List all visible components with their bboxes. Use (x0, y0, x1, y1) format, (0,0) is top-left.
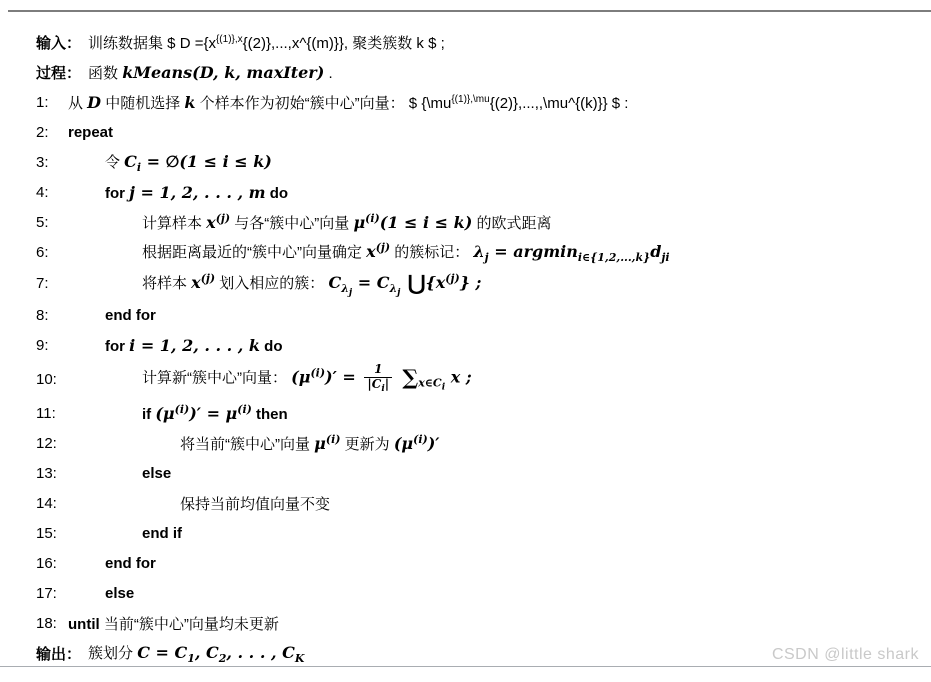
line-number: 14: (36, 495, 68, 512)
math-run: j = 1, 2, . . . , m (129, 183, 265, 202)
algo-line: 11:if (μ(i))′ = μ(i) then (36, 398, 925, 428)
math-run: (μ (394, 434, 413, 453)
keyword-run: until (68, 616, 104, 633)
math-big-operator: ∑ (395, 365, 418, 390)
math-big-operator: ⋃ (400, 270, 425, 295)
line-number: 15: (36, 525, 68, 542)
math-run: C (124, 152, 137, 171)
math-run: kMeans(D, k, maxIter) (122, 63, 324, 82)
keyword-run: end for (105, 307, 156, 324)
keyword-run: end for (105, 555, 156, 572)
text-run: 中随机选择 (101, 95, 184, 112)
line-content: end for (68, 555, 156, 572)
line-content: 计算新“簇中心”向量： (μ(i))′ = 1|Ci| ∑x∈Ci x ; (68, 363, 472, 394)
algo-line: 5:计算样本 x(j) 与各“簇中心”向量 μ(i)(1 ≤ i ≤ k) 的欧… (36, 207, 925, 237)
text-run: . (324, 65, 332, 82)
line-number: 4: (36, 184, 68, 201)
line-content: 令 Ci = ∅(1 ≤ i ≤ k) (68, 151, 272, 174)
keyword-run: repeat (68, 124, 113, 141)
line-label: 过程： (36, 62, 81, 83)
text-run: 更新为 (340, 436, 393, 453)
math-run: = argmin (489, 242, 578, 261)
algorithm-pseudocode: 输入：训练数据集 $ D ={x{(1)},x{(2)},...,x^{(m)}… (36, 27, 925, 668)
math-run: x (206, 213, 216, 232)
math-superscript: (j) (201, 272, 215, 285)
algo-line: 15:end if (36, 518, 925, 548)
math-run: x ; (445, 368, 472, 387)
line-content: 训练数据集 $ D ={x{(1)},x{(2)},...,x^{(m)}}, … (88, 32, 445, 53)
text-run: 将当前“簇中心”向量 (180, 436, 314, 453)
text-run: 划入相应的簇： (215, 275, 328, 292)
math-run: , C (195, 643, 219, 662)
line-content: 将样本 x(j) 划入相应的簇： Cλj = Cλj ⋃{x(j)} ; (68, 270, 481, 298)
math-subscript: λ (389, 282, 397, 295)
line-number: 1: (36, 94, 68, 111)
math-run: λ (473, 242, 484, 261)
top-divider (8, 10, 931, 12)
line-content: 将当前“簇中心”向量 μ(i) 更新为 (μ(i))′ (68, 433, 440, 454)
line-content: 簇划分 C = C1, C2, . . . , CK (88, 642, 304, 665)
text-run: 的欧式距离 (472, 215, 551, 232)
line-number: 11: (36, 405, 68, 422)
algo-line: 4:for j = 1, 2, . . . , m do (36, 177, 925, 207)
keyword-run: for (105, 338, 129, 355)
line-number: 13: (36, 465, 68, 482)
line-number: 5: (36, 214, 68, 231)
math-run: , . . . , C (226, 643, 294, 662)
fraction-numerator: 1 (371, 363, 385, 377)
algo-line: 17:else (36, 578, 925, 608)
math-subscript: ji (661, 251, 669, 264)
bottom-divider (0, 666, 931, 667)
algo-line: 9:for i = 1, 2, . . . , k do (36, 330, 925, 360)
math-run: C (328, 273, 341, 292)
den-text: | (385, 377, 389, 391)
keyword-run: if (142, 406, 155, 423)
line-number: 3: (36, 154, 68, 171)
text-run: 训练数据集 $ D ={x (88, 35, 216, 52)
fraction-denominator: |Ci| (364, 377, 392, 394)
text-run: 从 (68, 95, 87, 112)
algo-line: 8:end for (36, 300, 925, 330)
text-run: 与各“簇中心”向量 (230, 215, 353, 232)
math-superscript: (i) (365, 212, 380, 225)
line-content: 根据距离最近的“簇中心”向量确定 x(j) 的簇标记： λj = argmini… (68, 241, 670, 264)
math-run: (μ (291, 368, 310, 387)
text-run: {(2)},...,,\mu^{(k)}} $ : (490, 95, 629, 112)
keyword-run: else (142, 465, 171, 482)
keyword-run: end if (142, 525, 182, 542)
line-content: 从 D 中随机选择 k 个样本作为初始“簇中心”向量： $ {\mu{(1)},… (68, 92, 628, 113)
den-text: |C (367, 377, 381, 391)
line-number: 10: (36, 371, 68, 388)
text-superscript: {(1)},\mu (451, 94, 489, 105)
math-run: (μ (155, 404, 174, 423)
line-label: 输出： (36, 643, 81, 664)
math-run: μ (314, 434, 326, 453)
math-run: {x (425, 273, 445, 292)
line-number: 2: (36, 124, 68, 141)
line-content: else (68, 585, 134, 602)
text-superscript: {(1)},x (216, 34, 243, 45)
algo-line: 3:令 Ci = ∅(1 ≤ i ≤ k) (36, 147, 925, 177)
math-superscript: (j) (376, 241, 390, 254)
math-run: )′ = (325, 368, 361, 387)
keyword-run: for (105, 185, 129, 202)
text-run: 当前“簇中心”向量均未更新 (104, 616, 279, 633)
math-superscript: (i) (413, 433, 428, 446)
text-run: 根据距离最近的“簇中心”向量确定 (142, 244, 366, 261)
text-run: 计算新“簇中心”向量： (142, 370, 291, 387)
line-content: 保持当前均值向量不变 (68, 493, 330, 514)
math-superscript: (j) (216, 212, 230, 225)
math-superscript: (i) (237, 403, 252, 416)
text-run: 函数 (88, 65, 122, 82)
line-content: 计算样本 x(j) 与各“簇中心”向量 μ(i)(1 ≤ i ≤ k) 的欧式距… (68, 212, 551, 233)
line-content: else (68, 465, 171, 482)
keyword-run: else (105, 585, 134, 602)
math-run: μ (353, 213, 365, 232)
line-content: 函数 kMeans(D, k, maxIter) . (88, 62, 333, 83)
math-run: = ∅(1 ≤ i ≤ k) (141, 152, 272, 171)
math-run: (1 ≤ i ≤ k) (380, 213, 473, 232)
keyword-run: do (260, 338, 283, 355)
line-content: if (μ(i))′ = μ(i) then (68, 403, 288, 423)
math-run: } ; (460, 273, 482, 292)
math-subscript: i∈{1,2,...,k} (578, 251, 650, 264)
algo-line: 14:保持当前均值向量不变 (36, 488, 925, 518)
algo-line: 1:从 D 中随机选择 k 个样本作为初始“簇中心”向量： $ {\mu{(1)… (36, 87, 925, 117)
math-run: x (366, 242, 376, 261)
text-run: 保持当前均值向量不变 (180, 496, 330, 513)
line-number: 18: (36, 615, 68, 632)
algo-line: 18:until 当前“簇中心”向量均未更新 (36, 608, 925, 638)
math-run: )′ = μ (189, 404, 237, 423)
text-run: 令 (105, 154, 124, 171)
math-subscript: λ (341, 282, 349, 295)
text-run: {(2)},...,x^{(m)}}, 聚类簇数 k $ ; (243, 35, 445, 52)
math-subscript: x∈C (418, 377, 441, 390)
watermark: CSDN @little shark (772, 646, 919, 664)
math-superscript: (j) (445, 272, 459, 285)
line-number: 9: (36, 337, 68, 354)
line-content: end if (68, 525, 182, 542)
document-page: 输入：训练数据集 $ D ={x{(1)},x{(2)},...,x^{(m)}… (0, 0, 931, 682)
line-number: 17: (36, 585, 68, 602)
math-run: )′ (428, 434, 440, 453)
math-superscript: (i) (326, 433, 341, 446)
math-run: i = 1, 2, . . . , k (129, 336, 260, 355)
line-label: 输入： (36, 32, 81, 53)
math-subscript: K (295, 652, 305, 665)
line-number: 12: (36, 435, 68, 452)
line-number: 7: (36, 275, 68, 292)
text-run: 的簇标记： (390, 244, 473, 261)
math-run: d (650, 242, 661, 261)
keyword-run: then (252, 406, 288, 423)
algo-line: 10:计算新“簇中心”向量： (μ(i))′ = 1|Ci| ∑x∈Ci x ; (36, 360, 925, 398)
algo-line: 12:将当前“簇中心”向量 μ(i) 更新为 (μ(i))′ (36, 428, 925, 458)
algo-line: 过程：函数 kMeans(D, k, maxIter) . (36, 57, 925, 87)
algo-line: 16:end for (36, 548, 925, 578)
line-content: end for (68, 307, 156, 324)
text-run: 簇划分 (88, 645, 137, 662)
algo-line: 7:将样本 x(j) 划入相应的簇： Cλj = Cλj ⋃{x(j)} ; (36, 267, 925, 300)
algo-line: 2:repeat (36, 117, 925, 147)
algo-line: 输入：训练数据集 $ D ={x{(1)},x{(2)},...,x^{(m)}… (36, 27, 925, 57)
line-number: 6: (36, 244, 68, 261)
line-number: 16: (36, 555, 68, 572)
math-run: C = C (137, 643, 187, 662)
math-subscript: 1 (187, 652, 195, 665)
math-superscript: (i) (310, 367, 325, 380)
algo-line: 13:else (36, 458, 925, 488)
math-run: = C (352, 273, 389, 292)
text-run: 计算样本 (142, 215, 206, 232)
text-run: 个样本作为初始“簇中心”向量： $ {\mu (195, 95, 451, 112)
line-content: for j = 1, 2, . . . , m do (68, 183, 288, 202)
math-run: D (87, 93, 101, 112)
line-number: 8: (36, 307, 68, 324)
math-run: x (191, 273, 201, 292)
line-content: for i = 1, 2, . . . , k do (68, 336, 283, 355)
math-run: k (184, 93, 195, 112)
line-content: repeat (68, 124, 113, 141)
fraction: 1|Ci| (364, 363, 392, 394)
algo-line: 6:根据距离最近的“簇中心”向量确定 x(j) 的簇标记： λj = argmi… (36, 237, 925, 267)
text-run: 将样本 (142, 275, 191, 292)
math-superscript: (i) (175, 403, 190, 416)
keyword-run: do (266, 185, 289, 202)
line-content: until 当前“簇中心”向量均未更新 (68, 613, 279, 634)
